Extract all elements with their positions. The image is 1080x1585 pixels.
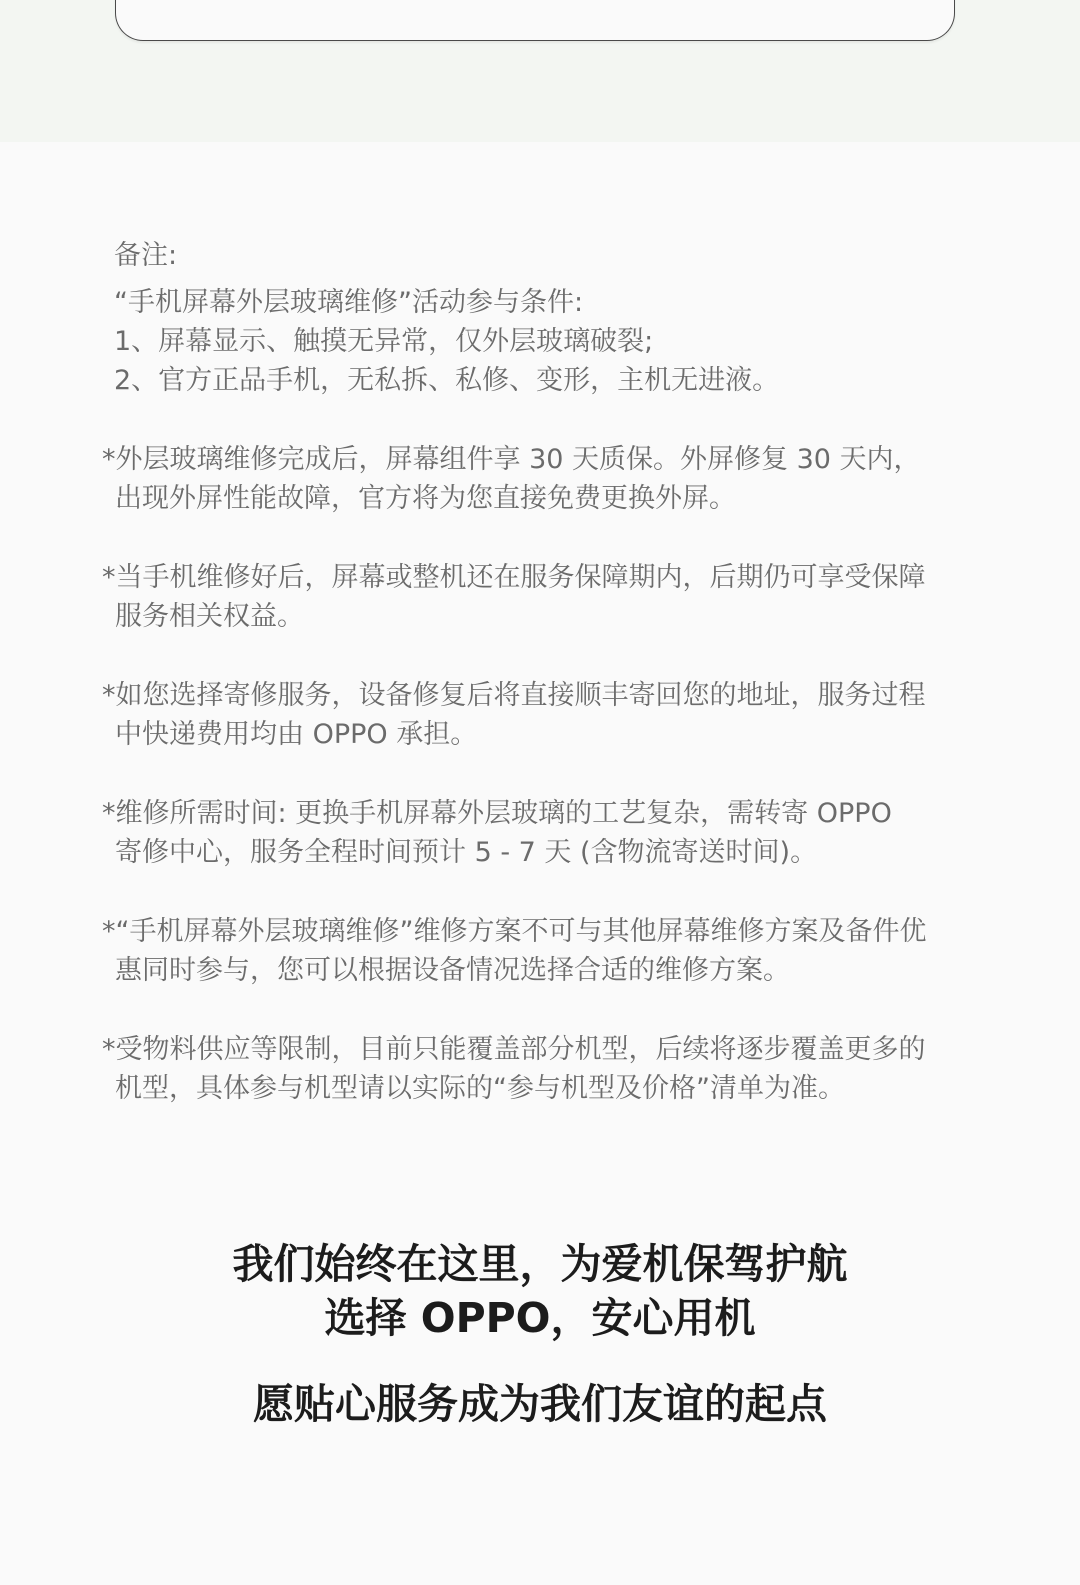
remarks-section: 备注: “手机屏幕外层玻璃维修”活动参与条件: 1、屏幕显示、触摸无异常，仅外层… [102, 236, 972, 1148]
conditions-title: “手机屏幕外层玻璃维修”活动参与条件: [102, 283, 972, 322]
note-item-model-coverage: *受物料供应等限制，目前只能覆盖部分机型，后续将逐步覆盖更多的 机型，具体参与机… [102, 1030, 972, 1108]
slogan-line-2: 选择 OPPO，安心用机 [0, 1290, 1080, 1346]
note-item-mail-repair: *如您选择寄修服务，设备修复后将直接顺丰寄回您的地址，服务过程 中快递费用均由 … [102, 676, 972, 754]
top-section-band [0, 0, 1080, 142]
slogan-line-1: 我们始终在这里，为爱机保驾护航 [0, 1236, 1080, 1292]
condition-item: 1、屏幕显示、触摸无异常，仅外层玻璃破裂; [102, 322, 972, 361]
note-item-warranty: *外层玻璃维修完成后，屏幕组件享 30 天质保。外屏修复 30 天内， 出现外屏… [102, 440, 972, 518]
note-item-guarantee: *当手机维修好后，屏幕或整机还在服务保障期内，后期仍可享受保障 服务相关权益。 [102, 558, 972, 636]
info-card-bottom-edge [115, 0, 955, 41]
note-item-repair-time: *维修所需时间: 更换手机屏幕外层玻璃的工艺复杂，需转寄 OPPO 寄修中心，服… [102, 794, 972, 872]
condition-item: 2、官方正品手机，无私拆、私修、变形，主机无进液。 [102, 361, 972, 400]
remarks-label: 备注: [102, 236, 972, 275]
slogan-line-3: 愿贴心服务成为我们友谊的起点 [0, 1376, 1080, 1432]
note-item-exclusivity: *“手机屏幕外层玻璃维修”维修方案不可与其他屏幕维修方案及备件优 惠同时参与，您… [102, 912, 972, 990]
